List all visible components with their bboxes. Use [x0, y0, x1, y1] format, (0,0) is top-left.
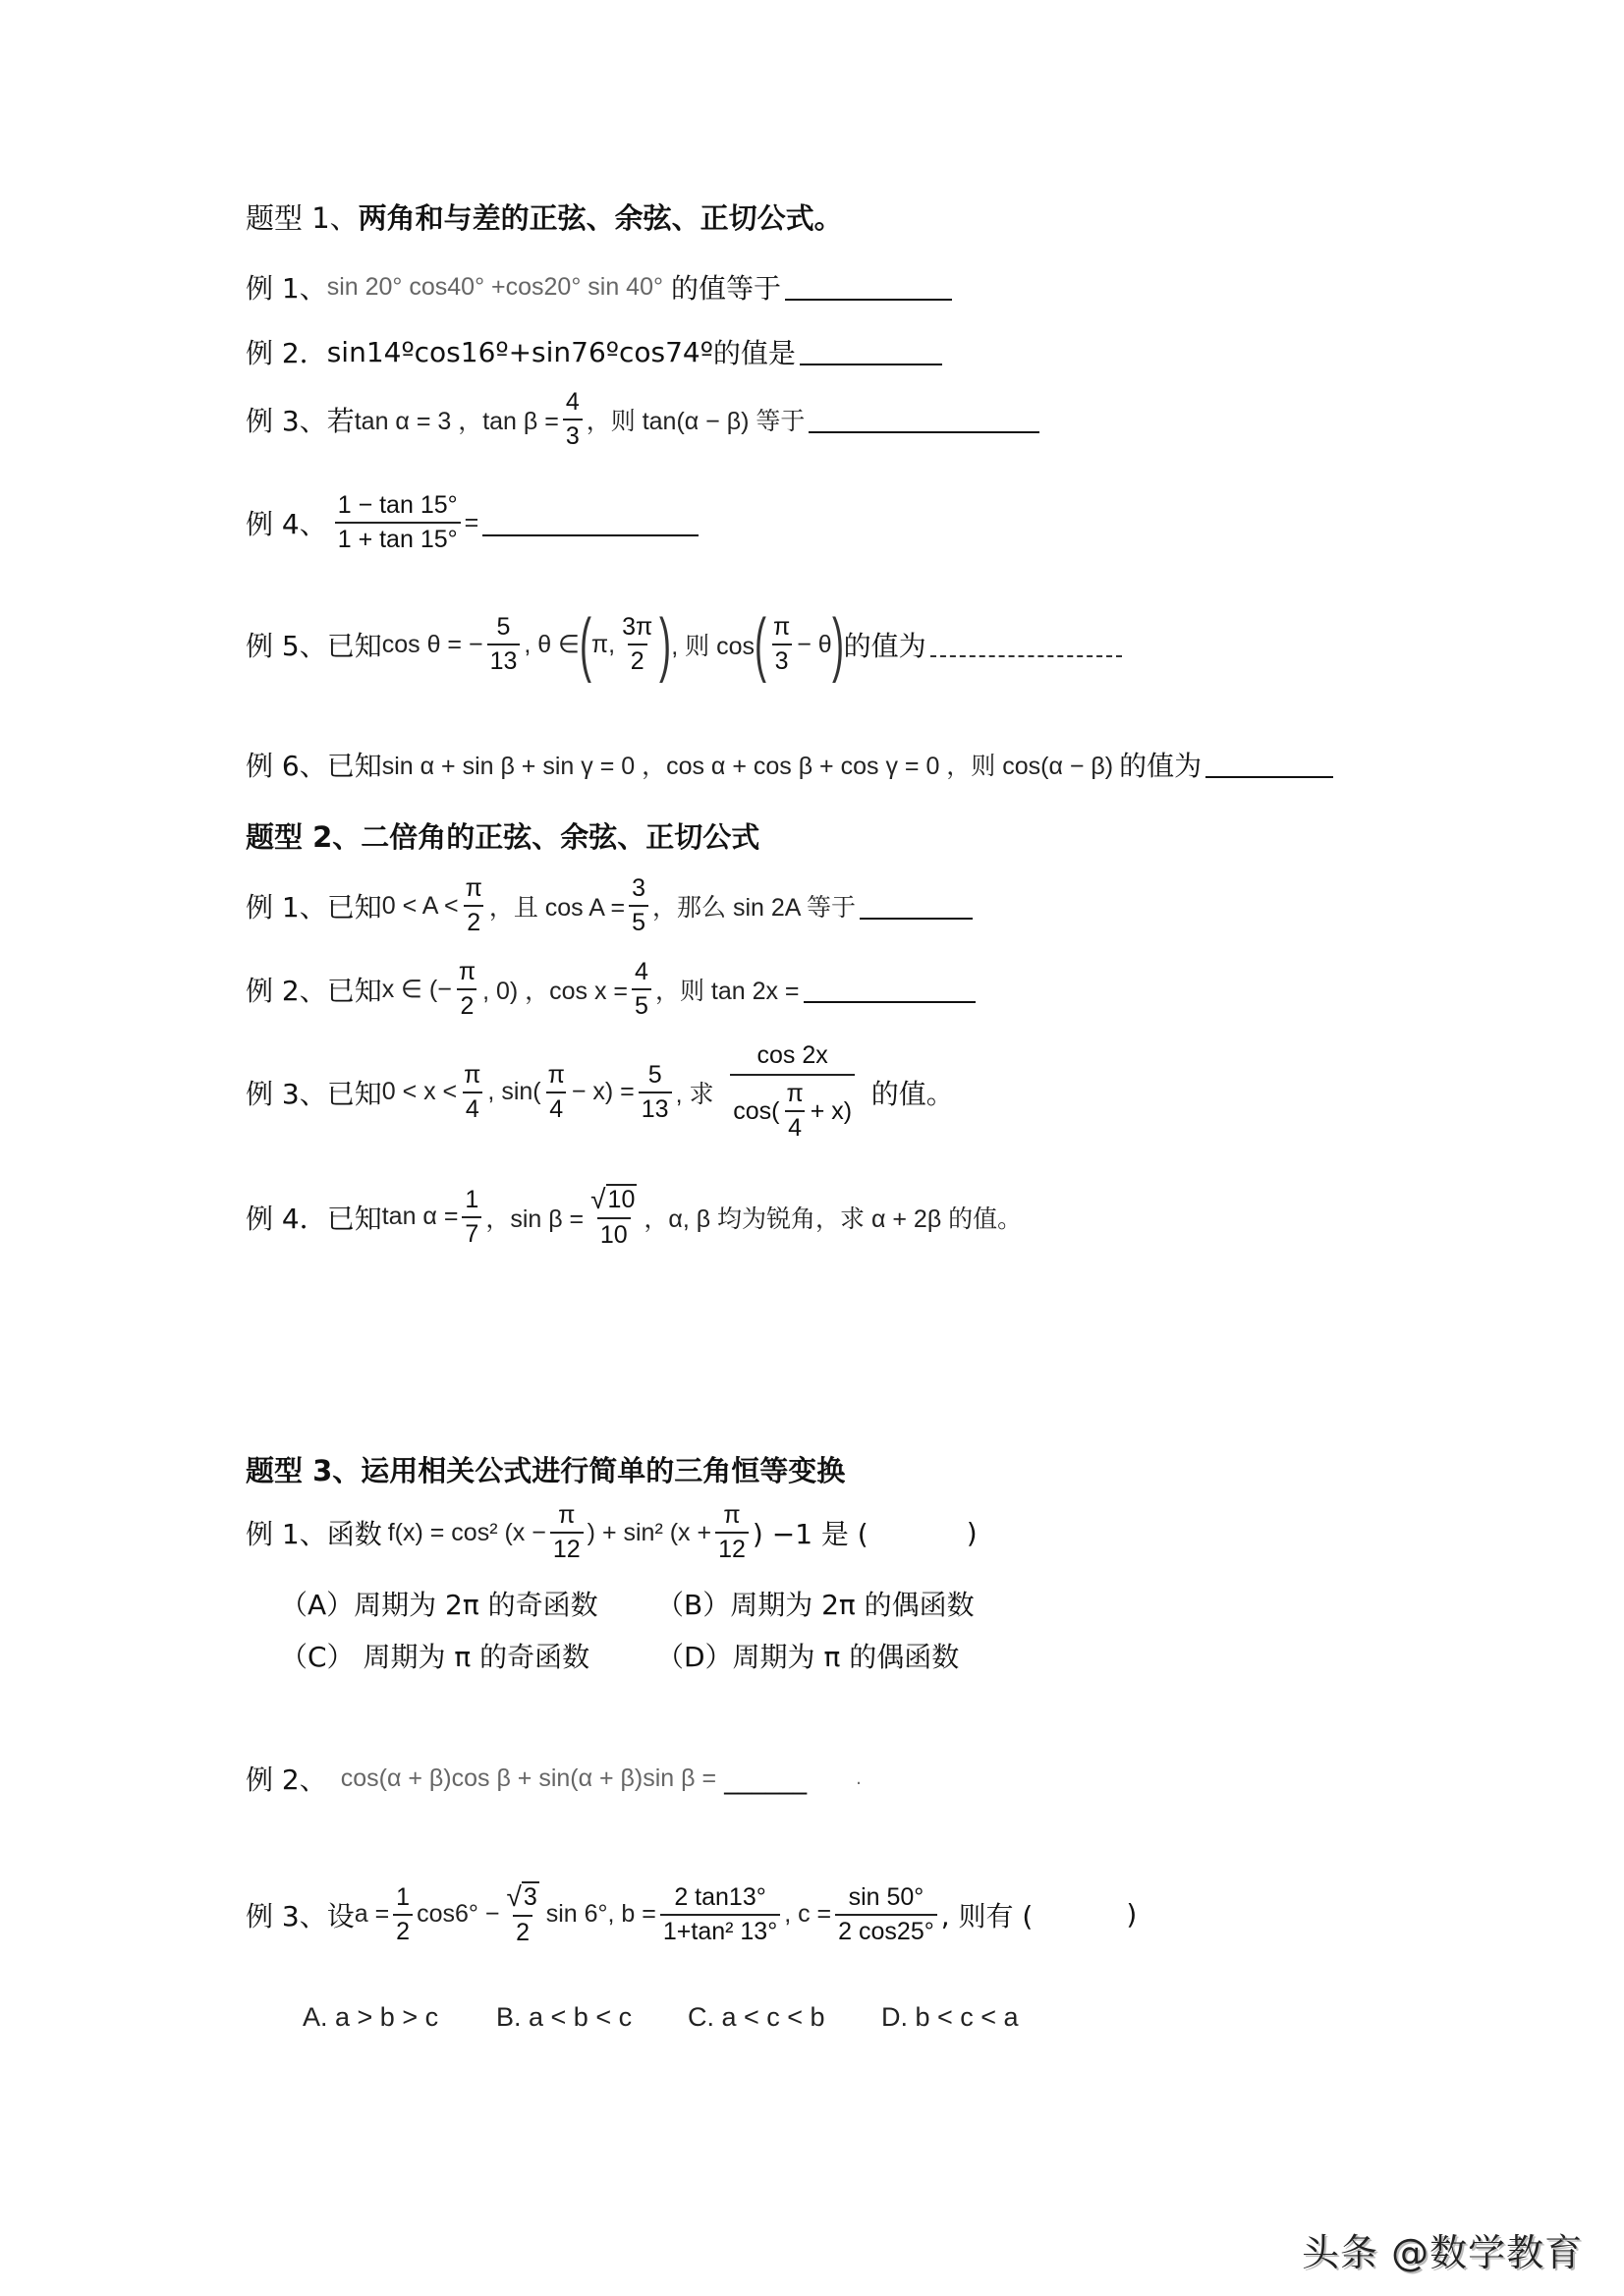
denominator: 4 — [463, 1092, 482, 1124]
math-expression: a = — [355, 1900, 389, 1929]
math-expression: π, — [591, 631, 615, 659]
denominator: 2 cos25° — [835, 1914, 937, 1946]
numerator: 1 — [393, 1883, 413, 1914]
fraction: 17 — [462, 1186, 481, 1249]
denominator: 13 — [639, 1092, 672, 1124]
question-text: 的值为 — [844, 625, 926, 664]
denominator: 10 — [597, 1217, 631, 1250]
answer-blank[interactable] — [809, 430, 1039, 433]
s1-example-2: 例 2． sin14ºcos16º+sin76ºcos74º 的值是 — [246, 332, 942, 371]
left-paren: ( — [580, 609, 591, 680]
math-expression: ) + sin² (x + — [588, 1519, 711, 1547]
answer-blank[interactable] — [800, 363, 942, 365]
math-expression: , 0) ，cos x = — [482, 972, 628, 1007]
math-expression: − θ — [797, 631, 831, 659]
example-label: 例 3、若 — [246, 400, 355, 439]
answer-paren-close: ) — [1126, 1898, 1137, 1931]
right-paren: ) — [832, 609, 844, 680]
s3-example-2: 例 2、 cos(α + β)cos β + sin(α + β)sin β =… — [246, 1759, 862, 1798]
math-expression: , sin( — [487, 1078, 540, 1106]
denominator: 2 — [464, 905, 483, 937]
numerator: 4 — [563, 388, 583, 419]
fraction: √3 2 — [503, 1881, 541, 1947]
question-text: 的值是 — [713, 332, 796, 371]
denominator: 13 — [487, 644, 521, 676]
numerator: 4 — [632, 958, 651, 988]
s2-example-1: 例 1、已知 0 < A < π2 ，且 cos A = 35 ，那么 sin … — [246, 874, 973, 937]
example-label: 例 1、 — [246, 267, 327, 307]
example-label: 例 3、设 — [246, 1895, 355, 1934]
question-text: 的值为 — [1119, 745, 1202, 784]
math-expression: cos(α + β)cos β + sin(α + β)sin β = — [341, 1764, 716, 1793]
math-expression: sin α + sin β + sin γ = 0 ，cos α + cos β… — [382, 747, 1113, 782]
denominator: 12 — [550, 1532, 584, 1564]
numerator: π — [461, 1061, 483, 1092]
s1-example-6: 例 6、已知 sin α + sin β + sin γ = 0 ，cos α … — [246, 745, 1333, 784]
math-expression: , θ ∈ — [524, 630, 580, 659]
answer-paren-close: ) — [967, 1517, 978, 1549]
left-paren: ( — [755, 609, 766, 680]
option-d[interactable]: D. b < c < a — [881, 2002, 1019, 2033]
denominator: cos( π4 + x) — [730, 1074, 855, 1143]
section-2-heading: 题型 2、二倍角的正弦、余弦、正切公式 — [246, 815, 759, 856]
example-label: 例 6、已知 — [246, 745, 382, 784]
numerator: π — [456, 958, 478, 988]
math-expression: , 则 cos — [671, 627, 755, 662]
math-expression: , c = — [784, 1900, 831, 1929]
fraction: 45 — [632, 958, 651, 1021]
s2-example-3: 例 3、已知 0 < x < π4 , sin( π4 − x) = 513 ,… — [246, 1041, 954, 1143]
equals-sign: = — [465, 509, 479, 537]
numerator: 1 − tan 15° — [335, 491, 461, 522]
numerator: π — [555, 1501, 578, 1532]
math-expression: x ∈ (− — [382, 975, 452, 1004]
fraction: 12 — [393, 1883, 413, 1946]
denominator: 2 — [393, 1914, 413, 1946]
section-1-prefix: 题型 1、 — [246, 196, 359, 237]
radical-icon: √ — [590, 1184, 605, 1215]
numerator: sin 50° — [846, 1883, 927, 1914]
s2-example-2: 例 2、已知 x ∈ (− π2 , 0) ，cos x = 45 ，则 tan… — [246, 958, 976, 1021]
fraction: 35 — [629, 874, 648, 937]
answer-blank[interactable] — [482, 533, 699, 536]
section-1-heading: 题型 1、 两角和与差的正弦、余弦、正切公式。 — [246, 196, 843, 237]
fraction: √10 10 — [588, 1184, 640, 1250]
fraction: 513 — [639, 1061, 672, 1124]
section-3-title: 题型 3、运用相关公式进行简单的三角恒等变换 — [246, 1449, 845, 1489]
denominator: 1+tan² 13° — [660, 1914, 780, 1946]
example-label: 例 2、 — [246, 1759, 327, 1798]
fraction: π12 — [715, 1501, 749, 1564]
numerator: 5 — [645, 1061, 665, 1092]
answer-blank[interactable] — [804, 1000, 976, 1003]
numerator: 3π — [619, 613, 655, 644]
math-expression: sin 20° cos40° +cos20° sin 40° — [327, 273, 663, 302]
radical-icon: √ — [506, 1881, 521, 1913]
fraction: π2 — [463, 874, 485, 937]
math-expression: f(x) = cos² (x − — [388, 1519, 546, 1547]
answer-blank[interactable] — [785, 298, 952, 301]
math-expression: 0 < x < — [382, 1078, 457, 1106]
numerator: π — [720, 1501, 743, 1532]
answer-blank[interactable]: ______ — [724, 1763, 807, 1795]
math-expression: cos( — [733, 1097, 779, 1126]
example-label: 例 1、函数 — [246, 1513, 382, 1552]
example-label: 例 4、 — [246, 503, 327, 542]
answer-blank[interactable] — [930, 655, 1122, 657]
s1-example-5: 例 5、已知 cos θ = − 513 , θ ∈ ( π, 3π2 ) , … — [246, 609, 1122, 680]
s2-example-4: 例 4．已知 tan α = 17 ，sin β = √10 10 ，α, β … — [246, 1184, 1022, 1250]
math-expression: ，则 tan 2x = — [655, 972, 800, 1007]
right-paren: ) — [659, 609, 671, 680]
s1-example-3: 例 3、若 tan α = 3 ，tan β = 43 ，则 tan(α − β… — [246, 388, 1039, 451]
fraction: π4 — [545, 1061, 568, 1124]
section-2-title: 题型 2、二倍角的正弦、余弦、正切公式 — [246, 815, 759, 856]
fraction: π4 — [461, 1061, 483, 1124]
math-expression: ，α, β 均为锐角，求 α + 2β 的值。 — [644, 1200, 1022, 1235]
option-c[interactable]: （C） 周期为 π 的奇函数 — [280, 1636, 589, 1675]
square-root: √10 — [588, 1184, 640, 1217]
math-expression: , 则有 ( — [941, 1895, 1034, 1934]
option-a[interactable]: （A）周期为 2π 的奇函数 — [280, 1584, 598, 1623]
fraction: π3 — [770, 613, 793, 676]
period: . — [856, 1768, 862, 1789]
denominator: 4 — [546, 1092, 566, 1124]
numerator: π — [463, 874, 485, 905]
denominator: 4 — [785, 1110, 805, 1143]
answer-blank[interactable] — [1205, 775, 1333, 778]
example-label: 例 3、已知 — [246, 1073, 382, 1112]
answer-blank[interactable] — [860, 917, 973, 920]
option-b[interactable]: （B）周期为 2π 的偶函数 — [656, 1584, 975, 1623]
fraction: 2 tan13°1+tan² 13° — [660, 1883, 780, 1946]
fraction: 3π2 — [619, 613, 655, 676]
question-text: 的值等于 — [671, 267, 781, 307]
denominator: 1 + tan 15° — [335, 522, 461, 554]
math-expression: cos θ = − — [382, 631, 483, 659]
fraction: 513 — [487, 613, 521, 676]
s3-example-3: 例 3、设 a = 12 cos6° − √3 2 sin 6°, b = 2 … — [246, 1881, 1137, 1947]
denominator: 2 — [457, 988, 476, 1021]
math-expression: tan α = 3 ，tan β = — [355, 402, 559, 437]
fraction: π4 — [783, 1080, 806, 1143]
math-expression: ，则 tan(α − β) 等于 — [587, 402, 806, 437]
numerator: π — [545, 1061, 568, 1092]
math-expression: cos6° − — [417, 1900, 499, 1929]
numerator: π — [783, 1080, 806, 1110]
denominator: 5 — [629, 905, 648, 937]
square-root: √3 — [503, 1881, 541, 1915]
denominator: 3 — [772, 644, 792, 676]
math-expression: − x) = — [572, 1078, 635, 1106]
math-expression: sin14ºcos16º+sin76ºcos74º — [327, 336, 713, 368]
watermark: 头条 @数学教育 — [1302, 2222, 1583, 2276]
fraction: 43 — [563, 388, 583, 451]
numerator: cos 2x — [718, 1041, 868, 1074]
numerator: 2 tan13° — [671, 1883, 768, 1914]
numerator: 1 — [462, 1186, 481, 1216]
denominator: 7 — [462, 1216, 481, 1249]
denominator: 3 — [563, 419, 583, 451]
math-expression: , 求 — [676, 1075, 714, 1110]
math-expression: ，sin β = — [485, 1200, 584, 1235]
denominator: 2 — [513, 1915, 532, 1947]
radicand: 10 — [606, 1184, 638, 1214]
math-expression: + x) — [811, 1097, 852, 1126]
fraction: π2 — [456, 958, 478, 1021]
big-fraction: cos 2x cos( π4 + x) — [718, 1041, 868, 1143]
s1-example-4: 例 4、 1 − tan 15°1 + tan 15° = — [246, 491, 699, 554]
fraction: sin 50°2 cos25° — [835, 1883, 937, 1946]
math-expression: ，那么 sin 2A 等于 — [652, 888, 856, 924]
math-expression: tan α = — [382, 1203, 459, 1231]
radicand: 3 — [522, 1881, 539, 1912]
example-label: 例 4．已知 — [246, 1198, 382, 1237]
numerator: π — [770, 613, 793, 644]
option-a[interactable]: A. a > b > c — [303, 2002, 438, 2033]
s3-example-1: 例 1、函数 f(x) = cos² (x − π12 ) + sin² (x … — [246, 1501, 978, 1564]
section-1-title: 两角和与差的正弦、余弦、正切公式。 — [359, 196, 843, 237]
option-b[interactable]: B. a < b < c — [496, 2002, 632, 2033]
numerator: 5 — [494, 613, 514, 644]
numerator: 3 — [629, 874, 648, 905]
denominator: 5 — [632, 988, 651, 1021]
option-d[interactable]: （D）周期为 π 的偶函数 — [656, 1636, 959, 1675]
question-text: 的值。 — [871, 1073, 954, 1112]
example-label: 例 2． — [246, 332, 327, 371]
math-expression: ，且 cos A = — [489, 888, 625, 924]
denominator: 2 — [628, 644, 647, 676]
option-c[interactable]: C. a < c < b — [688, 2002, 825, 2033]
denominator: 12 — [715, 1532, 749, 1564]
section-3-heading: 题型 3、运用相关公式进行简单的三角恒等变换 — [246, 1449, 845, 1489]
math-expression: 0 < A < — [382, 892, 459, 921]
math-expression: sin 6°, b = — [546, 1900, 656, 1929]
s1-example-1: 例 1、 sin 20° cos40° +cos20° sin 40° 的值等于 — [246, 267, 952, 307]
fraction: 1 − tan 15°1 + tan 15° — [335, 491, 461, 554]
example-label: 例 2、已知 — [246, 970, 382, 1009]
fraction: π12 — [550, 1501, 584, 1564]
example-label: 例 5、已知 — [246, 625, 382, 664]
example-label: 例 1、已知 — [246, 886, 382, 925]
math-expression: ) −1 是 ( — [753, 1513, 868, 1552]
